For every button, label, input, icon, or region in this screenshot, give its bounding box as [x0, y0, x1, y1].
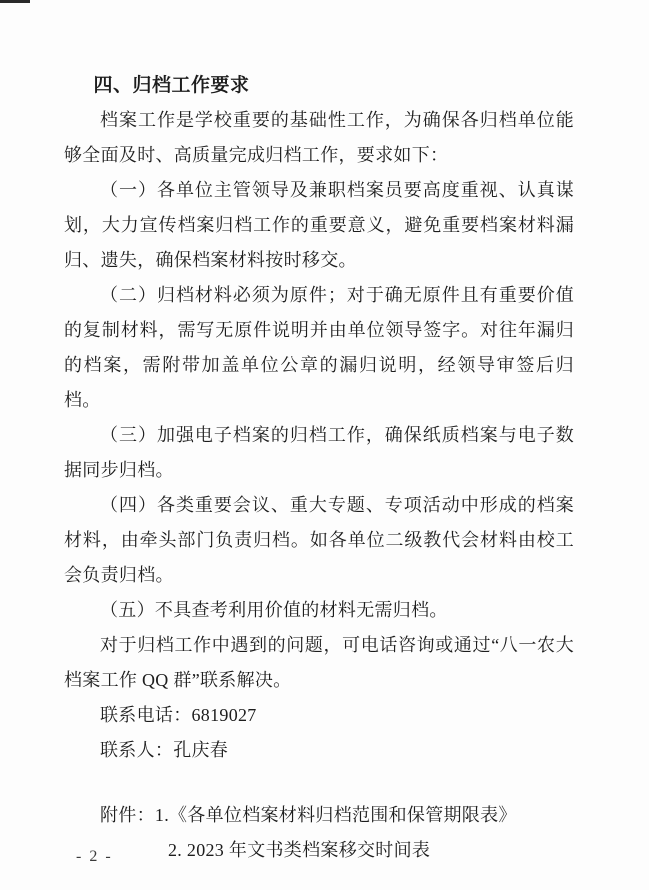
paragraph-item-1: （一）各单位主管领导及兼职档案员要高度重视、认真谋划，大力宣传档案归档工作的重要…	[64, 173, 574, 278]
attachment-item-1: 1.《各单位档案材料归档范围和保管期限表》	[155, 805, 517, 825]
attachment-item-2: 2. 2023 年文书类档案移交时间表	[64, 833, 574, 868]
paragraph-item-2: （二）归档材料必须为原件；对于确无原件且有重要价值的复制材料，需写无原件说明并由…	[64, 278, 574, 418]
paragraph-intro: 档案工作是学校重要的基础性工作，为确保各归档单位能够全面及时、高质量完成归档工作…	[64, 103, 574, 173]
document-page: 四、归档工作要求 档案工作是学校重要的基础性工作，为确保各归档单位能够全面及时、…	[0, 0, 649, 890]
contact-person-line: 联系人：孔庆春	[64, 733, 574, 768]
paragraph-contact-note: 对于归档工作中遇到的问题，可电话咨询或通过“八一农大档案工作 QQ 群”联系解决…	[64, 628, 574, 698]
attachments-label: 附件：	[100, 805, 155, 825]
paragraph-item-5: （五）不具查考利用价值的材料无需归档。	[64, 593, 574, 628]
scan-artifact	[0, 0, 30, 3]
attachments-block: 附件：1.《各单位档案材料归档范围和保管期限表》 2. 2023 年文书类档案移…	[64, 798, 574, 868]
paragraph-item-4: （四）各类重要会议、重大专题、专项活动中形成的档案材料，由牵头部门负责归档。如各…	[64, 488, 574, 593]
page-number: - 2 -	[76, 846, 113, 868]
attachment-line-1: 附件：1.《各单位档案材料归档范围和保管期限表》	[64, 798, 574, 833]
paragraph-item-3: （三）加强电子档案的归档工作，确保纸质档案与电子数据同步归档。	[64, 418, 574, 488]
section-heading: 四、归档工作要求	[64, 68, 574, 103]
contact-phone-line: 联系电话：6819027	[64, 698, 574, 733]
